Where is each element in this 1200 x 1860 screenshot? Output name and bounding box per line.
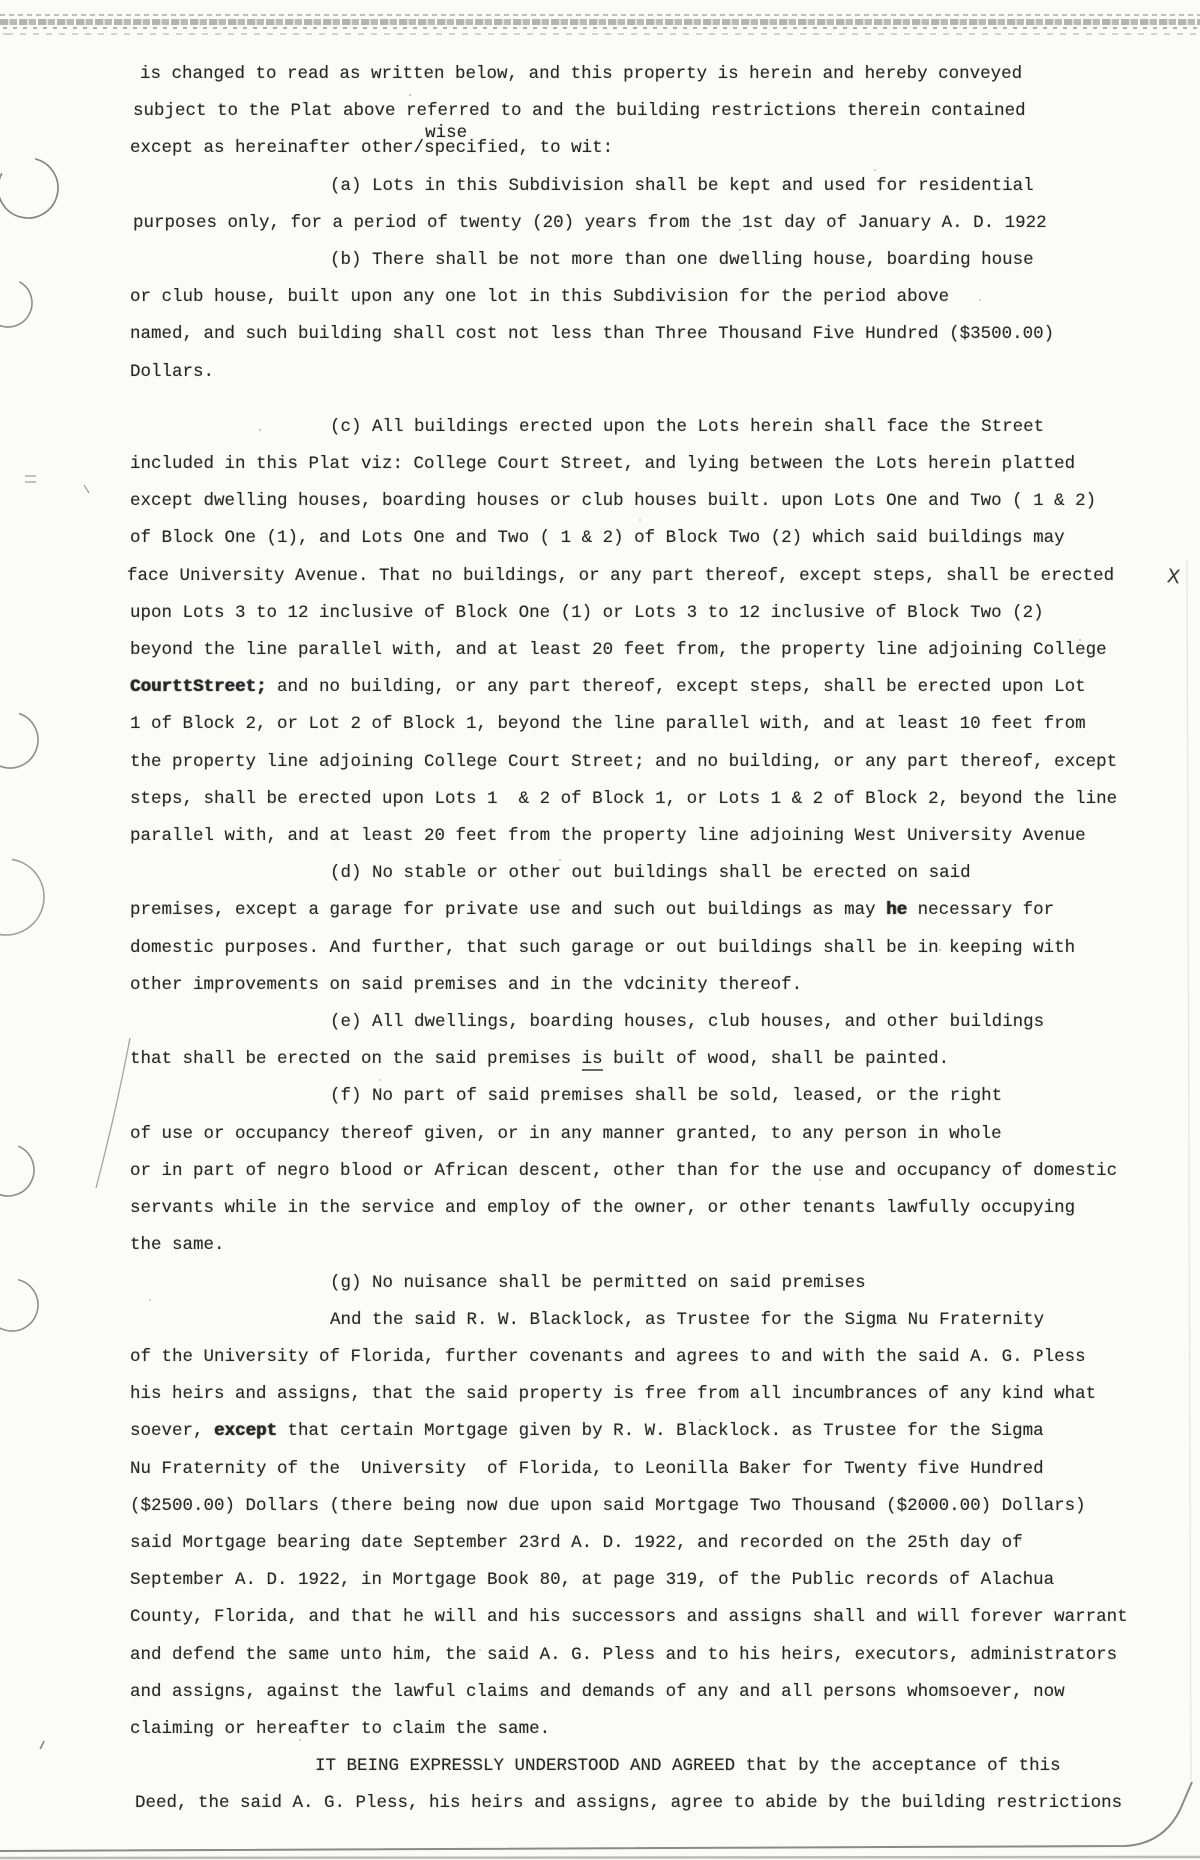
text-line: CourttStreet; and no building, or any pa… [130,669,1180,706]
text-line: subject to the Plat above referred to an… [130,93,1180,130]
text-segment: except as hereinafter other/ [130,138,424,158]
text-line: is changed to read as written below, and… [130,56,1180,93]
text-segment: said Mortgage bearing date September 23r… [130,1533,1023,1553]
text-line: Nu Fraternity of the University of Flori… [130,1451,1180,1488]
text-line: the property line adjoining College Cour… [130,744,1180,781]
text-segment: of Block One (1), and Lots One and Two (… [130,528,1065,548]
text-line: soever, except that certain Mortgage giv… [130,1413,1180,1450]
text-line: that shall be erected on the said premis… [130,1041,1180,1078]
text-segment: parallel with, and at least 20 feet from… [130,826,1086,846]
text-line: except dwelling houses, boarding houses … [130,483,1180,520]
text-segment: except dwelling houses, boarding houses … [130,491,1096,511]
text-segment: claiming or hereafter to claim the same. [130,1719,550,1739]
text-line: beyond the line parallel with, and at le… [130,632,1180,669]
text-segment: built of wood, shall be painted. [603,1049,950,1069]
text-segment: that shall be erected on the said premis… [130,1049,582,1069]
noise-row [0,27,1200,29]
text-segment: except [214,1421,277,1441]
text-segment: and assigns, against the lawful claims a… [130,1682,1065,1702]
text-segment: Nu Fraternity of the University of Flori… [130,1459,1044,1479]
text-line: and assigns, against the lawful claims a… [130,1674,1180,1711]
text-line: ($2500.00) Dollars (there being now due … [130,1488,1180,1525]
text-segment: subject to the Plat above referred to an… [133,101,1026,121]
text-segment: And the said R. W. Blacklock, as Trustee… [330,1310,1044,1330]
scan-tick-mark [84,485,89,493]
text-line: servants while in the service and employ… [130,1190,1180,1227]
text-segment: (b) There shall be not more than one dwe… [330,250,1034,270]
text-segment: IT BEING EXPRESSLY UNDERSTOOD AND AGREED… [315,1756,1061,1776]
text-line: named, and such building shall cost not … [130,316,1180,353]
text-segment: (c) All buildings erected upon the Lots … [330,417,1044,437]
text-line: (f) No part of said premises shall be so… [130,1078,1180,1115]
text-line: of use or occupancy thereof given, or in… [130,1116,1180,1153]
scan-circle-mark [0,151,65,224]
text-line: (a) Lots in this Subdivision shall be ke… [130,168,1180,205]
text-segment: and defend the same unto him, the said A… [130,1645,1117,1665]
scan-circle-mark [0,853,50,941]
text-segment: steps, shall be erected upon Lots 1 & 2 … [130,789,1117,809]
text-line: his heirs and assigns, that the said pro… [130,1376,1180,1413]
text-segment: named, and such building shall cost not … [130,324,1054,344]
text-segment: he [886,900,907,920]
text-line: premises, except a garage for private us… [130,892,1180,929]
document-text: is changed to read as written below, and… [130,56,1180,1823]
text-line: other improvements on said premises and … [130,967,1180,1004]
text-line: domestic purposes. And further, that suc… [130,930,1180,967]
text-segment: (a) Lots in this Subdivision shall be ke… [330,176,1034,196]
text-line: claiming or hereafter to claim the same. [130,1711,1180,1748]
page-right-edge [1187,560,1191,1780]
text-line: (g) No nuisance shall be permitted on sa… [130,1265,1180,1302]
text-segment: beyond the line parallel with, and at le… [130,640,1107,660]
text-segment: ($2500.00) Dollars (there being now due … [130,1496,1086,1516]
text-segment: servants while in the service and employ… [130,1198,1075,1218]
text-segment: CourttStreet; [130,677,267,697]
text-segment: the same. [130,1235,225,1255]
text-segment: upon Lots 3 to 12 inclusive of Block One… [130,603,1044,623]
text-segment: domestic purposes. And further, that suc… [130,938,1075,958]
scan-circle-mark [0,1273,44,1337]
text-line: 1 of Block 2, or Lot 2 of Block 1, beyon… [130,706,1180,743]
noise-row [0,33,1200,35]
text-segment: purposes only, for a period of twenty (2… [133,213,1047,233]
text-segment: or club house, built upon any one lot in… [130,287,949,307]
text-segment: is changed to read as written below, and… [140,64,1022,84]
text-line: IT BEING EXPRESSLY UNDERSTOOD AND AGREED… [130,1748,1180,1785]
text-segment: premises, except a garage for private us… [130,900,886,920]
text-segment: (e) All dwellings, boarding houses, club… [330,1012,1044,1032]
text-line: upon Lots 3 to 12 inclusive of Block One… [130,595,1180,632]
text-line: (e) All dwellings, boarding houses, club… [130,1004,1180,1041]
text-segment: his heirs and assigns, that the said pro… [130,1384,1096,1404]
text-segment: of use or occupancy thereof given, or in… [130,1124,1002,1144]
scan-circle-mark [0,704,46,776]
text-line: (d) No stable or other out buildings sha… [130,855,1180,892]
text-line: County, Florida, and that he will and hi… [130,1599,1180,1636]
page-bottom-edge-shadow [0,1857,1200,1858]
text-segment: included in this Plat viz: College Court… [130,454,1075,474]
noise-row [0,19,1200,25]
text-segment: is [582,1049,603,1071]
text-line: And the said R. W. Blacklock, as Trustee… [130,1302,1180,1339]
text-segment: (d) No stable or other out buildings sha… [330,863,971,883]
text-line: (b) There shall be not more than one dwe… [130,242,1180,279]
text-line: included in this Plat viz: College Court… [130,446,1180,483]
noise-row [0,14,1200,16]
text-line: steps, shall be erected upon Lots 1 & 2 … [130,781,1180,818]
scan-tick-mark [40,1741,44,1749]
margin-x-mark: X [1168,558,1182,596]
text-segment: 1 of Block 2, or Lot 2 of Block 1, beyon… [130,714,1086,734]
text-line: of the University of Florida, further co… [130,1339,1180,1376]
text-segment: (g) No nuisance shall be permitted on sa… [330,1273,866,1293]
text-line: except as hereinafter other/wisespecifie… [130,130,1180,167]
scan-circle-mark [0,1135,43,1204]
text-segment: Dollars. [130,362,214,382]
text-line: purposes only, for a period of twenty (2… [130,205,1180,242]
text-line: or in part of negro blood or African des… [130,1153,1180,1190]
text-segment: face University Avenue. That no building… [127,566,1114,586]
text-segment: September A. D. 1922, in Mortgage Book 8… [130,1570,1054,1590]
scan-slash-mark [96,1038,130,1188]
text-segment: soever, [130,1421,214,1441]
text-segment: of the University of Florida, further co… [130,1347,1086,1367]
document-page: is changed to read as written below, and… [0,0,1200,1860]
text-segment: other improvements on said premises and … [130,975,802,995]
text-segment: necessary for [907,900,1054,920]
text-line: or club house, built upon any one lot in… [130,279,1180,316]
text-line: said Mortgage bearing date September 23r… [130,1525,1180,1562]
text-line: Dollars. [130,354,1180,391]
text-line: of Block One (1), and Lots One and Two (… [130,520,1180,557]
scan-circle-mark [0,270,41,336]
text-segment: and no building, or any part thereof, ex… [267,677,1086,697]
text-line: Deed, the said A. G. Pless, his heirs an… [130,1785,1180,1822]
text-segment: Deed, the said A. G. Pless, his heirs an… [135,1793,1122,1813]
page-top-edge-noise [0,0,1200,46]
text-segment: or in part of negro blood or African des… [130,1161,1117,1181]
text-line: September A. D. 1922, in Mortgage Book 8… [130,1562,1180,1599]
text-line: the same. [130,1227,1180,1264]
text-segment: that certain Mortgage given by R. W. Bla… [277,1421,1044,1441]
text-line: parallel with, and at least 20 feet from… [130,818,1180,855]
text-line: face University Avenue. That no building… [130,558,1180,595]
text-segment: (f) No part of said premises shall be so… [330,1086,1002,1106]
text-line: and defend the same unto him, the said A… [130,1637,1180,1674]
text-segment: the property line adjoining College Cour… [130,752,1117,772]
text-segment: County, Florida, and that he will and hi… [130,1607,1128,1627]
text-line: (c) All buildings erected upon the Lots … [130,409,1180,446]
scan-equals-mark [25,476,36,482]
